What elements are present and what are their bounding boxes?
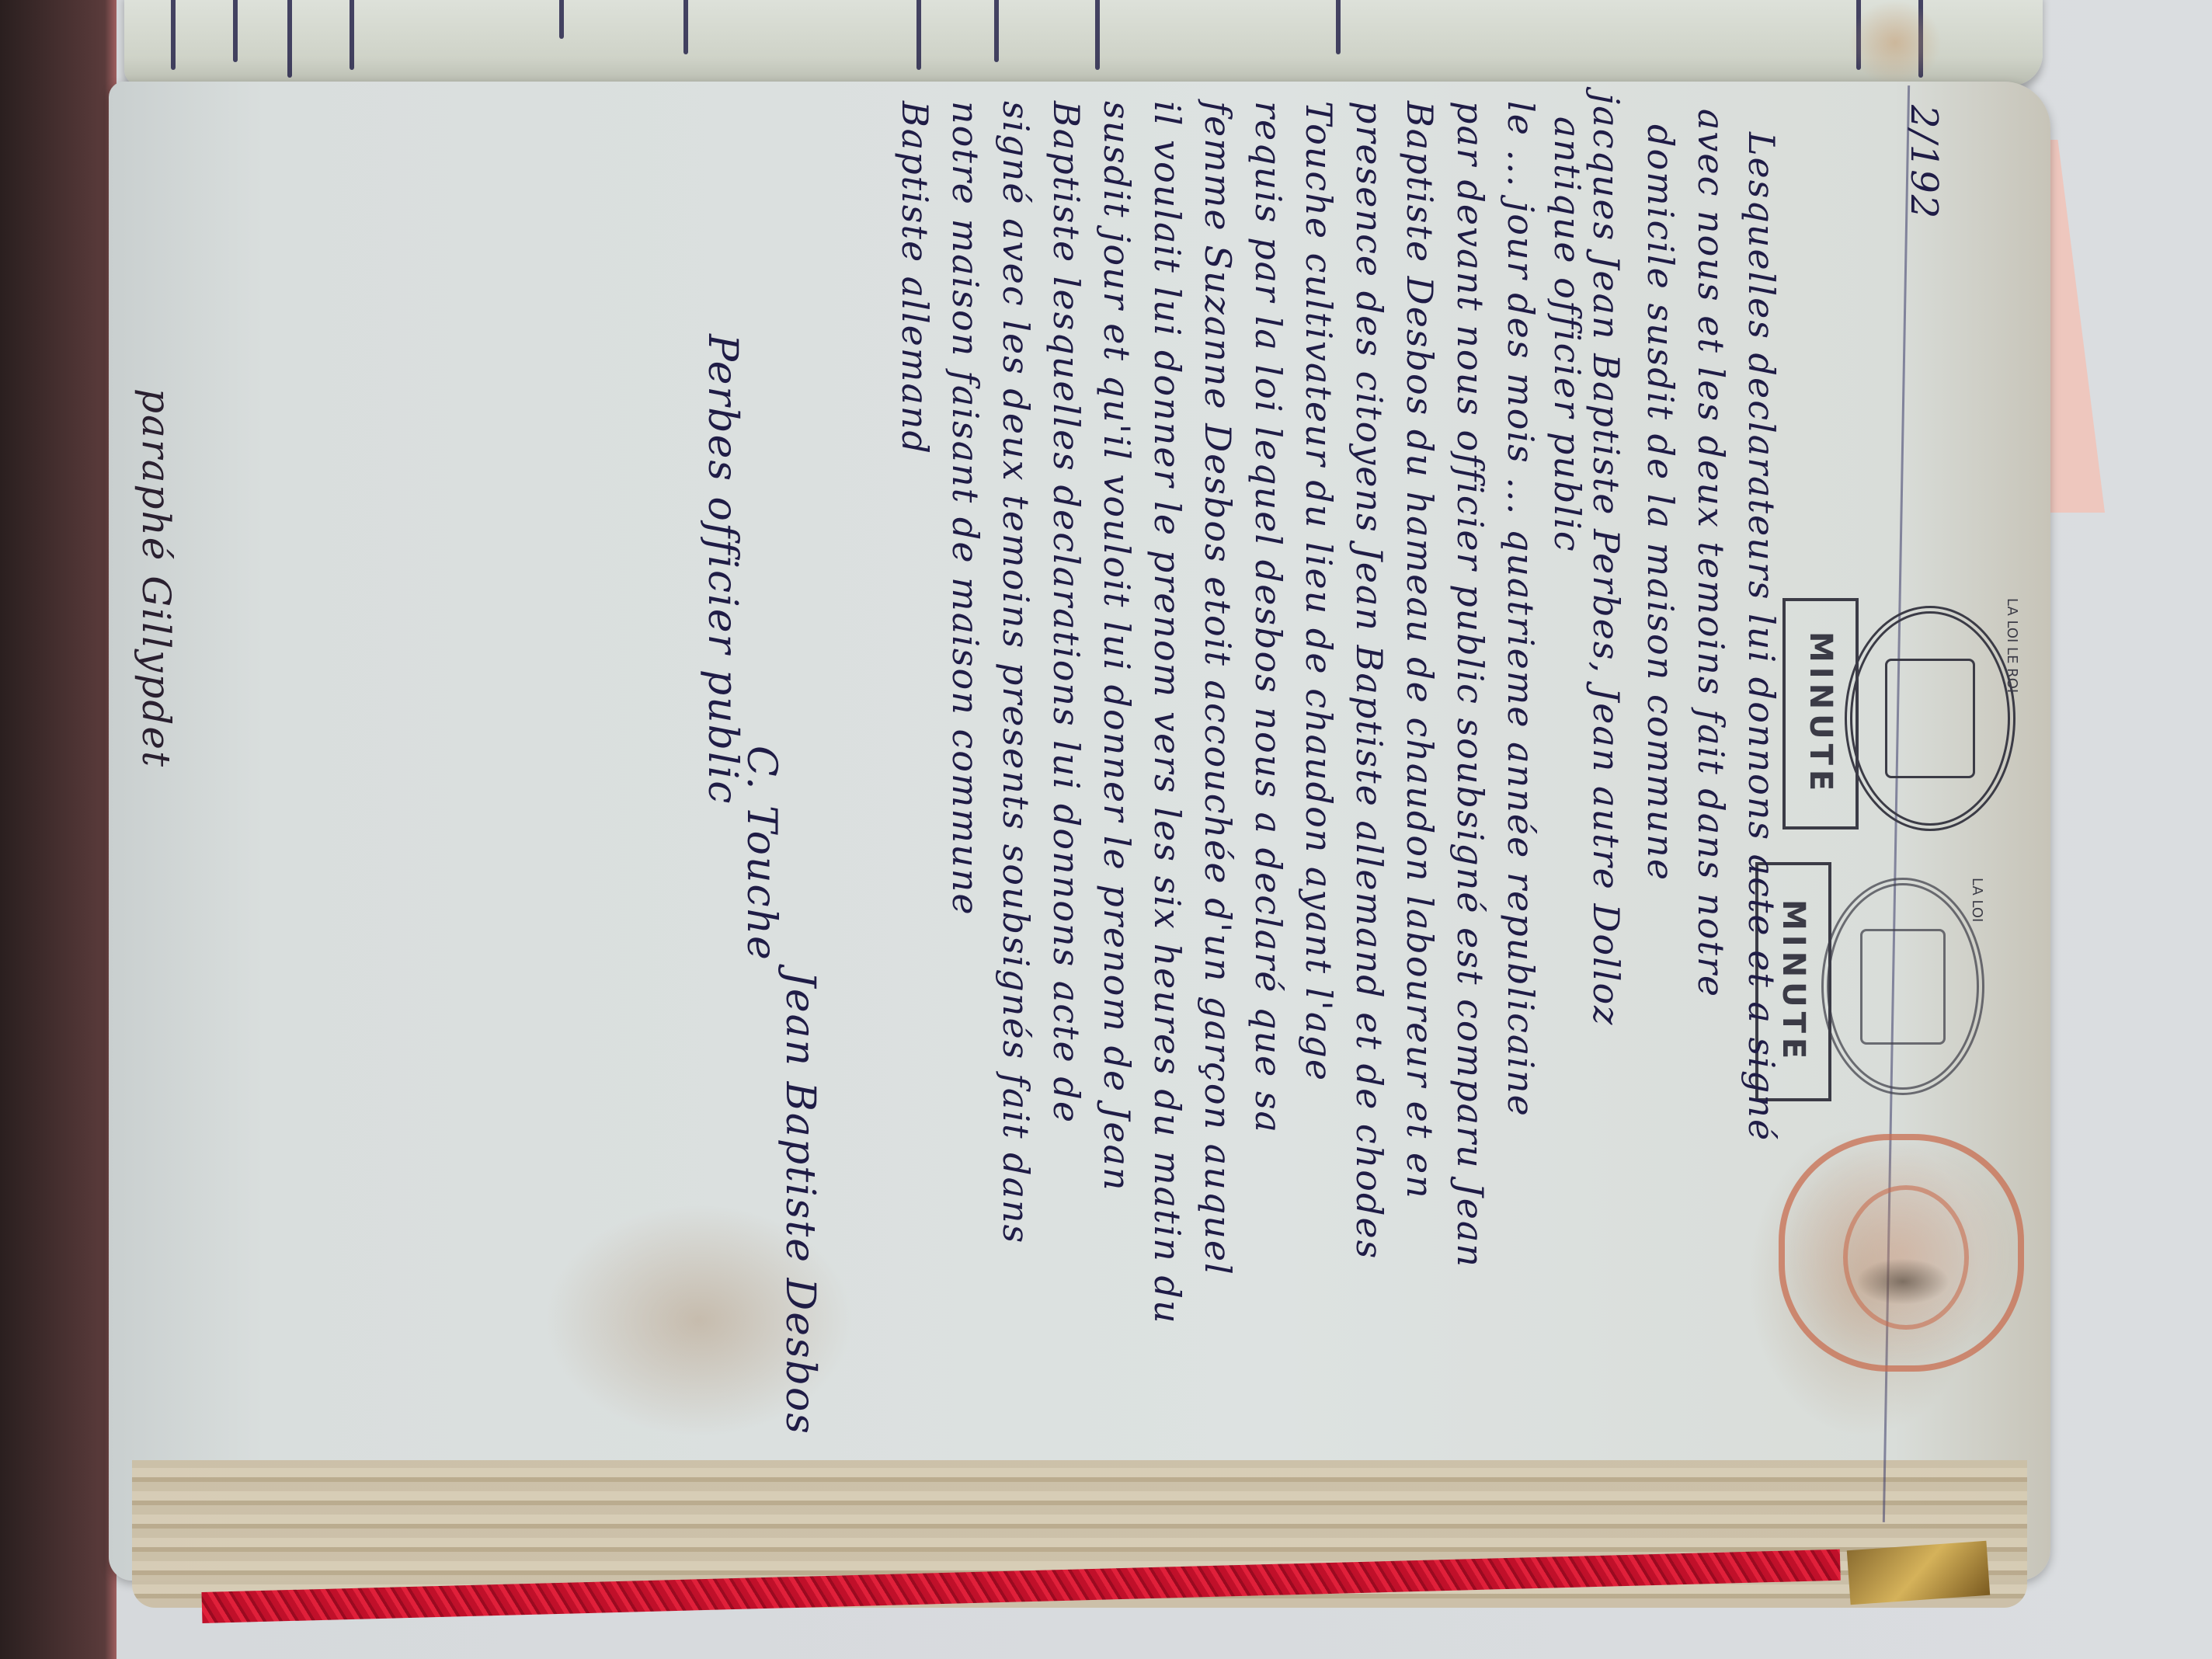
stamp-ring-text: LA LOI LE ROI [2004,598,2020,693]
text-line-1: Lesquelles declarateurs lui donnons acte… [1741,132,1782,1142]
signature-officer: Perbes officier public [699,334,746,805]
gold-corner [1847,1541,1990,1605]
text-line-17: notre maison faisant de maison commune [944,101,986,916]
red-stamp [1779,1134,2024,1372]
ink-blot [1856,1258,1949,1305]
book-cover-edge [0,0,117,1659]
text-line-5: antique officier public [1546,117,1588,553]
stamp-ring-text: LA LOI [1969,878,1985,922]
text-line-9: presence des citoyens Jean Baptiste alle… [1348,101,1390,1260]
text-line-10: Touche cultivateur du lieu de chaudon ay… [1298,101,1340,1082]
text-line-16: signé avec les deux temoins presents sou… [995,101,1037,1244]
stamp-oval [1821,878,1984,1095]
stain [1849,0,1942,85]
text-line-2: avec nous et les deux temoins fait dans … [1690,109,1732,998]
text-line-3: domicile susdit de la maison commune [1640,124,1682,882]
folio-number: 2/192 [1902,105,1946,220]
text-line-15: Baptiste lesquelles declarations lui don… [1045,101,1087,1124]
text-line-14: susdit jour et qu'il vouloit lui donner … [1096,101,1138,1192]
text-line-8: Baptiste Desbos du hameau de chaudon lab… [1399,101,1441,1200]
text-line-7: par devant nous officier public soubsign… [1449,101,1491,1268]
text-line-18: Baptiste allemand [894,101,936,455]
signature-witness-2: Jean Baptiste Desbos [777,971,823,1435]
previous-page-edge [124,0,2043,85]
text-line-6: le ... jour des mois ... quatrieme année… [1500,101,1542,1118]
text-line-13: il voulait lui donner le prenom vers les… [1146,101,1188,1325]
margin-note: paraphé Gillypdet [134,388,179,768]
text-line-11: requis par la loi lequel desbos nous a d… [1247,101,1289,1134]
stamp-label: MINUTE [1803,631,1838,795]
text-line-4: jacques Jean Baptiste Perbes, Jean autre… [1585,93,1627,1026]
text-line-12: femme Suzanne Desbos etoit accouchée d'u… [1197,101,1239,1276]
stamp-oval [1845,606,2015,831]
